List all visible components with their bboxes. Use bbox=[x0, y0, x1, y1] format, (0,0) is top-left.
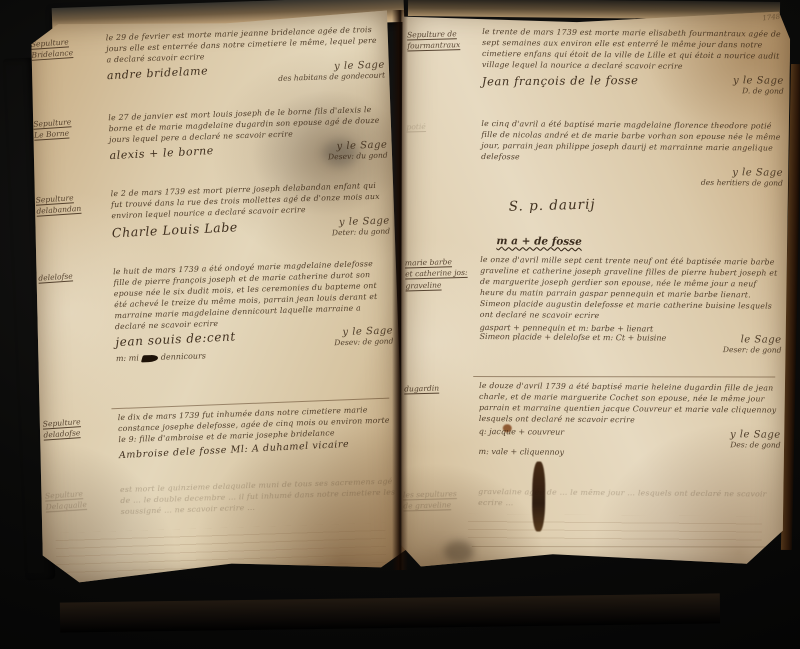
clerk-signature: des habitans de gondecourt bbox=[278, 70, 385, 82]
clerk-signature: Desev: de gond bbox=[334, 337, 393, 348]
register-entry: Sepulture Bridelance le 29 de fevrier es… bbox=[26, 25, 386, 91]
clerk-signature: Desev: du gond bbox=[328, 150, 388, 161]
margin-note: Sepulture Delaqualle bbox=[45, 486, 112, 513]
clerk-signature: y le Sage bbox=[701, 167, 783, 179]
faded-bleedthrough-lines bbox=[468, 514, 762, 545]
signature-practice-scribble: m a + de fosse bbox=[496, 235, 581, 248]
margin-note: delelofse bbox=[38, 268, 105, 284]
clerk-signature: des heritiers de gond bbox=[701, 178, 783, 188]
clerk-signatures: y le Sage Desev: du gond bbox=[328, 139, 388, 161]
signature: andre bridelame bbox=[107, 64, 209, 82]
register-entry: Sepulture de fourmantraux le trente de m… bbox=[402, 26, 785, 95]
signature: Charle Louis Labe bbox=[112, 219, 239, 240]
margin-note: marie barbe et catherine jos: graveline bbox=[405, 256, 472, 292]
entry-text: le cinq d'avril a été baptisé marie magd… bbox=[481, 119, 783, 165]
clerk-signature: y le Sage bbox=[730, 429, 781, 440]
pen-rule-divider bbox=[472, 546, 774, 548]
margin-note: Sepulture Bridelance bbox=[30, 34, 97, 61]
clerk-signature: Deter: du gond bbox=[332, 226, 390, 237]
clerk-signature: D. de gond bbox=[733, 86, 784, 95]
folio-mark: 1748 bbox=[762, 13, 781, 23]
signature: jean souis de:cent bbox=[115, 330, 236, 350]
register-entry: marie barbe et catherine jos: graveline … bbox=[399, 254, 782, 355]
clerk-signatures: y le Sage des habitans de gondecourt bbox=[278, 59, 386, 82]
book-gutter-shadow bbox=[392, 10, 408, 570]
register-entry: Sepulture Le Borne le 27 de janvier est … bbox=[28, 105, 388, 171]
faded-bleedthrough-lines bbox=[55, 523, 386, 575]
margin-note: Sepulture deladofse bbox=[42, 414, 109, 441]
right-page: 1748 Sepulture de fourmantraux le trente… bbox=[398, 8, 791, 569]
register-entry: Sepulture deladofse le dix de mars 1739 … bbox=[38, 404, 397, 461]
margin-note: Sepulture de fourmantraux bbox=[407, 28, 474, 53]
entry-text: le douze d'avril 1739 a été baptisé mari… bbox=[479, 381, 781, 427]
manuscript-photo: Sepulture Bridelance le 29 de fevrier es… bbox=[0, 0, 800, 649]
entry-text: est mort le quinzieme delaqualle muni de… bbox=[120, 476, 399, 517]
dark-smudge-stain bbox=[444, 541, 474, 563]
entry-text: le trente de mars 1739 est morte marie e… bbox=[482, 27, 784, 73]
witness-mark-line: q: jacque + couvreur bbox=[479, 427, 564, 437]
margin-note: les sepultures de graveline bbox=[403, 488, 470, 513]
clerk-signature: y le Sage bbox=[733, 75, 784, 86]
left-page: Sepulture Bridelance le 29 de fevrier es… bbox=[25, 10, 406, 583]
clerk-signatures: y le Sage Desev: de gond bbox=[334, 326, 394, 348]
register-entry-faded: les sepultures de graveline gravelaine a… bbox=[398, 486, 780, 511]
register-entry-faded: Sepulture Delaqualle est mort le quinzie… bbox=[40, 476, 399, 520]
pen-rule-divider bbox=[473, 376, 775, 378]
daurij-signature: S. p. daurij bbox=[509, 196, 596, 214]
clerk-signatures: y le Sage Deter: du gond bbox=[331, 215, 390, 237]
clerk-signature: Deser: de gond bbox=[723, 346, 782, 356]
ink-blot bbox=[141, 355, 159, 363]
margin-note: Sepulture delabandan bbox=[35, 190, 102, 217]
clerk-signatures: y le Sage D. de gond bbox=[733, 75, 784, 95]
witness-mark-line: Simeon placide + delelofse et m: Ct + bu… bbox=[480, 332, 667, 343]
margin-note: Sepulture Le Borne bbox=[33, 114, 100, 141]
entry-text: le huit de mars 1739 a été ondoyé marie … bbox=[113, 258, 393, 332]
clerk-signatures: y le Sage des heritiers de gond bbox=[701, 167, 783, 188]
clerk-signature: Des: de gond bbox=[730, 440, 781, 449]
entry-text: le onze d'avril mille sept cent trente n… bbox=[480, 255, 783, 323]
register-entry: dugardin le douze d'avril 1739 a été bap… bbox=[399, 380, 782, 458]
entry-text: gravelaine agée de … le même jour … lesq… bbox=[478, 487, 780, 511]
burn-stain bbox=[532, 461, 546, 531]
register-entry: delelofse le huit de mars 1739 a été ond… bbox=[33, 258, 394, 366]
clerk-signature: le Sage bbox=[723, 335, 782, 347]
register-entry: Sepulture delabandan le 2 de mars 1739 e… bbox=[31, 181, 391, 247]
book-block-bottom bbox=[60, 593, 720, 632]
signature: alexis + le borne bbox=[109, 144, 214, 162]
signature: Jean françois de le fosse bbox=[482, 73, 639, 88]
clerk-signatures: y le Sage Des: de gond bbox=[730, 429, 781, 449]
margin-note: dugardin bbox=[404, 382, 470, 395]
margin-note: potié bbox=[406, 120, 472, 133]
register-entry: potié le cinq d'avril a été baptisé mari… bbox=[401, 118, 784, 187]
clerk-signatures: le Sage Deser: de gond bbox=[723, 335, 782, 356]
